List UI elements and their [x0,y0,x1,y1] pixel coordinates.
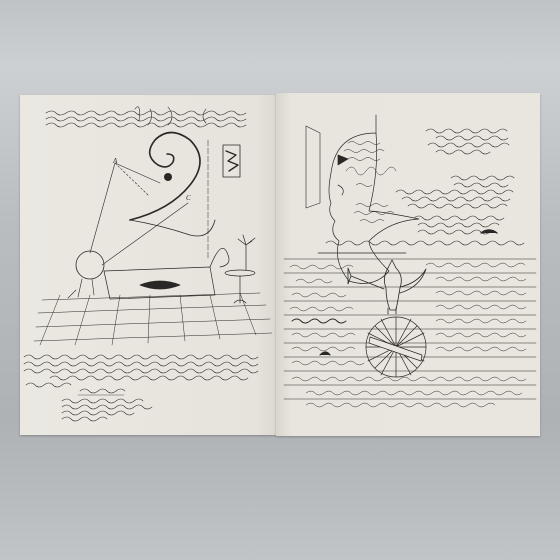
script-block-lower [24,355,258,421]
label-a: A [112,157,118,165]
script-block-upper-right [326,129,524,245]
horn [348,268,384,289]
head-profile [318,115,419,283]
right-page-artwork [276,93,540,436]
framed-picture [223,145,240,177]
script-block-top [46,107,246,127]
geometry-lines [90,163,188,265]
spoked-wheel [366,317,426,377]
window-frame [306,126,320,208]
sphere [76,251,104,279]
left-page-artwork: A C [20,95,276,435]
chaise-longue [104,248,229,299]
left-page: A C [20,95,276,435]
spiral-scroll [130,133,215,237]
script-block-head [344,142,396,223]
label-c: C [186,194,191,202]
right-page [276,93,540,436]
